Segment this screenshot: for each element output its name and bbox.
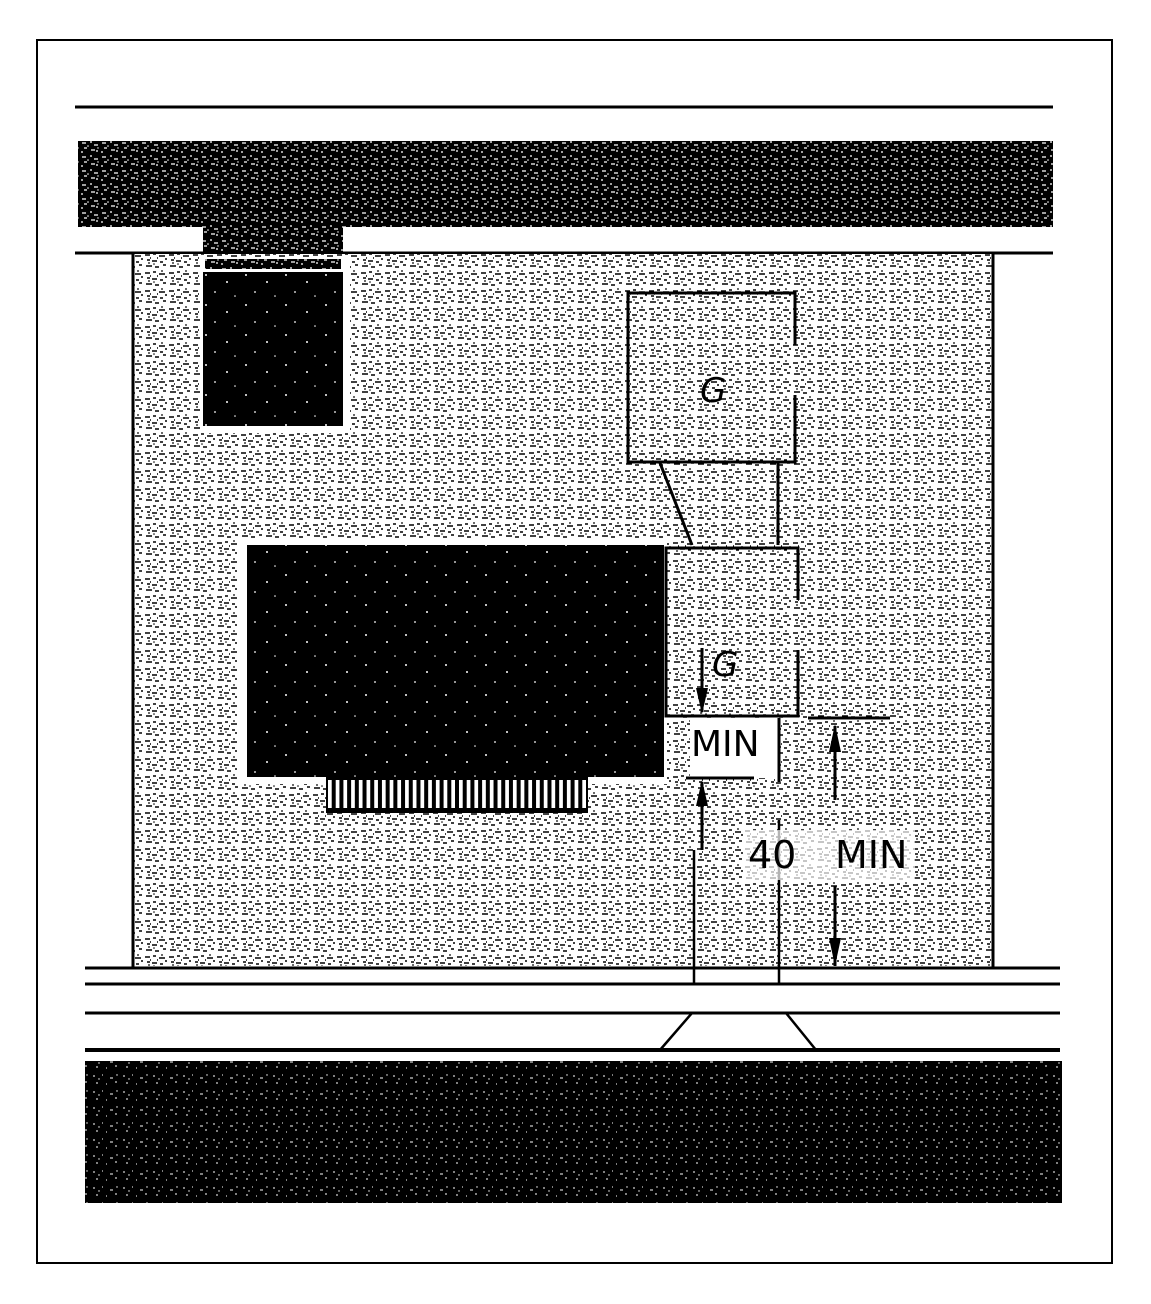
connector-finger <box>374 780 378 808</box>
connector-finger <box>328 780 332 808</box>
connector-finger <box>575 780 579 808</box>
small-chip-top-strip <box>205 259 341 269</box>
connector-finger <box>336 780 340 808</box>
connector-finger <box>505 780 509 808</box>
connector-finger <box>482 780 486 808</box>
connector-finger <box>390 780 394 808</box>
connector-finger <box>582 780 586 808</box>
small-chip <box>203 272 343 426</box>
edge-connector <box>326 777 588 813</box>
connector-finger <box>490 780 494 808</box>
connector-finger <box>367 780 371 808</box>
min-label: MIN <box>691 724 760 765</box>
connector-finger <box>451 780 455 808</box>
gap-label-lower: G <box>712 645 738 685</box>
clearance-diagram: G G MIN 40 MIN <box>0 0 1151 1304</box>
connector-finger <box>513 780 517 808</box>
edge-connector-body <box>326 777 588 813</box>
connector-finger <box>498 780 502 808</box>
connector-finger <box>521 780 525 808</box>
card-board-fill <box>247 545 664 777</box>
dim-value: 40 <box>748 833 796 877</box>
connector-finger <box>420 780 424 808</box>
connector-finger <box>428 780 432 808</box>
connector-finger <box>467 780 471 808</box>
connector-finger <box>436 780 440 808</box>
connector-finger <box>528 780 532 808</box>
gap-box-upper-break <box>790 345 800 395</box>
gap-box-lower-break <box>793 600 803 650</box>
connector-finger <box>444 780 448 808</box>
connector-finger <box>382 780 386 808</box>
connector-finger <box>405 780 409 808</box>
gap-label-upper: G <box>700 371 726 411</box>
bottom-rail <box>85 1061 1062 1203</box>
top-tab <box>203 226 343 252</box>
gap-box-lower <box>666 548 798 716</box>
connector-finger <box>413 780 417 808</box>
connector-finger <box>544 780 548 808</box>
connector-finger <box>397 780 401 808</box>
connector-finger <box>559 780 563 808</box>
connector-finger <box>551 780 555 808</box>
connector-finger <box>567 780 571 808</box>
dim-unit: MIN <box>835 833 907 877</box>
trapezoid-foot <box>660 1013 816 1050</box>
top-rail <box>78 141 1053 227</box>
connector-finger <box>343 780 347 808</box>
connector-finger <box>359 780 363 808</box>
connector-finger <box>474 780 478 808</box>
connector-finger <box>351 780 355 808</box>
connector-finger <box>459 780 463 808</box>
connector-finger <box>536 780 540 808</box>
